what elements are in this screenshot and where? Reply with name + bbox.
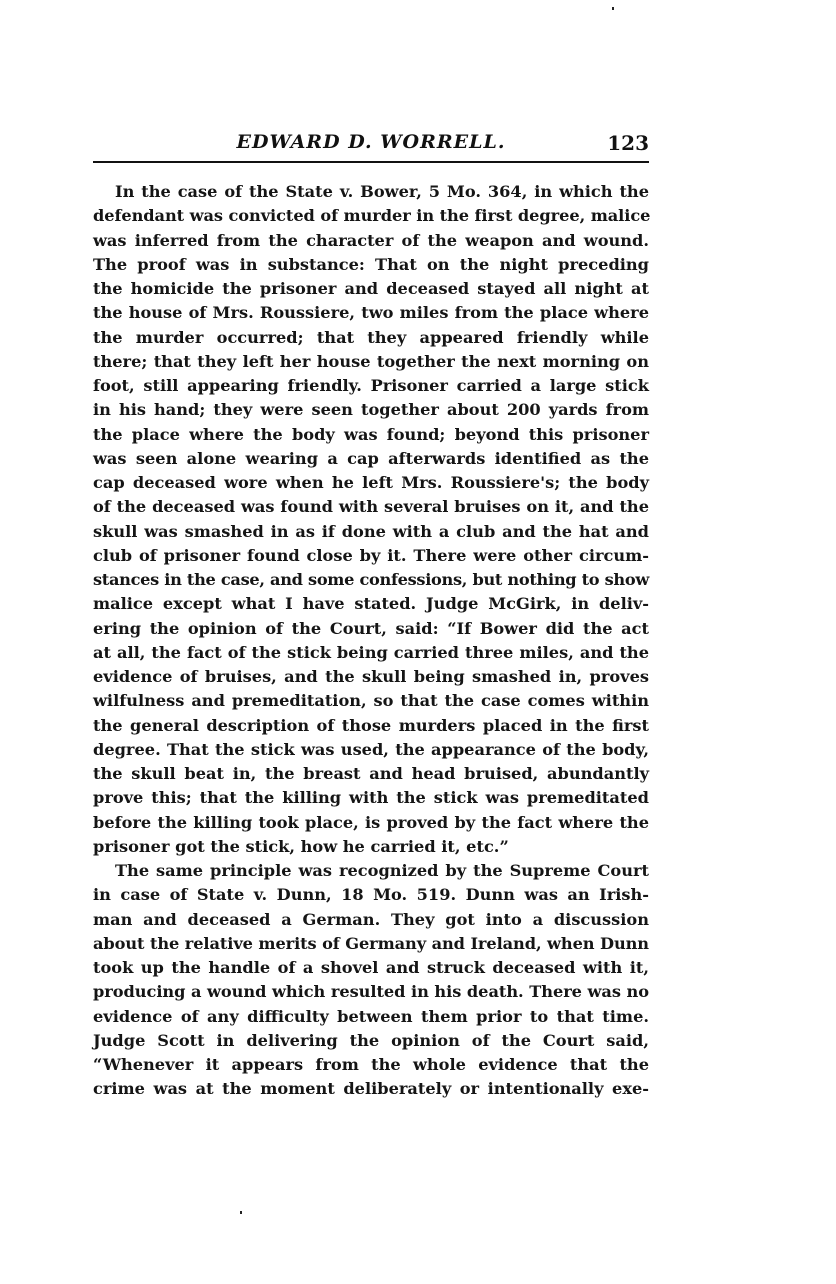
text-line: crime was at the moment deliberately or … [93, 1077, 649, 1101]
paragraph-1: In the case of the State v. Bower, 5 Mo.… [93, 180, 649, 859]
paragraph-2: The same principle was recognized by the… [93, 859, 649, 1102]
text-line: producing a wound which resulted in his … [93, 980, 649, 1004]
text-line: malice except what I have stated. Judge … [93, 592, 649, 616]
running-title: EDWARD D. WORRELL. [93, 131, 649, 153]
text-line: The proof was in substance: That on the … [93, 253, 649, 277]
text-line: took up the handle of a shovel and struc… [93, 956, 649, 980]
text-line: in his hand; they were seen together abo… [93, 398, 649, 422]
text-line: degree. That the stick was used, the app… [93, 738, 649, 762]
text-line: prisoner got the stick, how he carried i… [93, 835, 649, 859]
text-line: skull was smashed in as if done with a c… [93, 520, 649, 544]
text-line: The same principle was recognized by the… [93, 859, 649, 883]
text-line: cap deceased wore when he left Mrs. Rous… [93, 471, 649, 495]
text-line: prove this; that the killing with the st… [93, 786, 649, 810]
text-line: defendant was convicted of murder in the… [93, 204, 649, 228]
text-line: of the deceased was found with several b… [93, 495, 649, 519]
header-rule [93, 161, 649, 163]
text-line: stances in the case, and some confession… [93, 568, 649, 592]
text-line: man and deceased a German. They got into… [93, 908, 649, 932]
text-line: before the killing took place, is proved… [93, 811, 649, 835]
text-line: the place where the body was found; beyo… [93, 423, 649, 447]
text-line: was seen alone wearing a cap afterwards … [93, 447, 649, 471]
scan-speck [240, 1211, 242, 1214]
book-page: EDWARD D. WORRELL. 123 In the case of th… [0, 0, 836, 1284]
text-line: ering the opinion of the Court, said: “I… [93, 617, 649, 641]
text-line: the murder occurred; that they appeared … [93, 326, 649, 350]
text-line: in case of State v. Dunn, 18 Mo. 519. Du… [93, 883, 649, 907]
text-line: “Whenever it appears from the whole evid… [93, 1053, 649, 1077]
text-line: was inferred from the character of the w… [93, 229, 649, 253]
text-line: the general description of those murders… [93, 714, 649, 738]
text-line: In the case of the State v. Bower, 5 Mo.… [93, 180, 649, 204]
text-line: the skull beat in, the breast and head b… [93, 762, 649, 786]
text-line: there; that they left her house together… [93, 350, 649, 374]
scan-speck [612, 7, 614, 10]
page-number: 123 [607, 131, 649, 155]
text-line: foot, still appearing friendly. Prisoner… [93, 374, 649, 398]
text-line: the house of Mrs. Roussiere, two miles f… [93, 301, 649, 325]
text-line: club of prisoner found close by it. Ther… [93, 544, 649, 568]
body-text: In the case of the State v. Bower, 5 Mo.… [93, 180, 649, 1102]
page-header: EDWARD D. WORRELL. 123 [93, 131, 649, 161]
text-line: at all, the fact of the stick being carr… [93, 641, 649, 665]
text-line: about the relative merits of Germany and… [93, 932, 649, 956]
text-line: evidence of bruises, and the skull being… [93, 665, 649, 689]
text-line: wilfulness and premeditation, so that th… [93, 689, 649, 713]
text-line: Judge Scott in delivering the opinion of… [93, 1029, 649, 1053]
text-line: evidence of any difficulty between them … [93, 1005, 649, 1029]
text-line: the homicide the prisoner and deceased s… [93, 277, 649, 301]
